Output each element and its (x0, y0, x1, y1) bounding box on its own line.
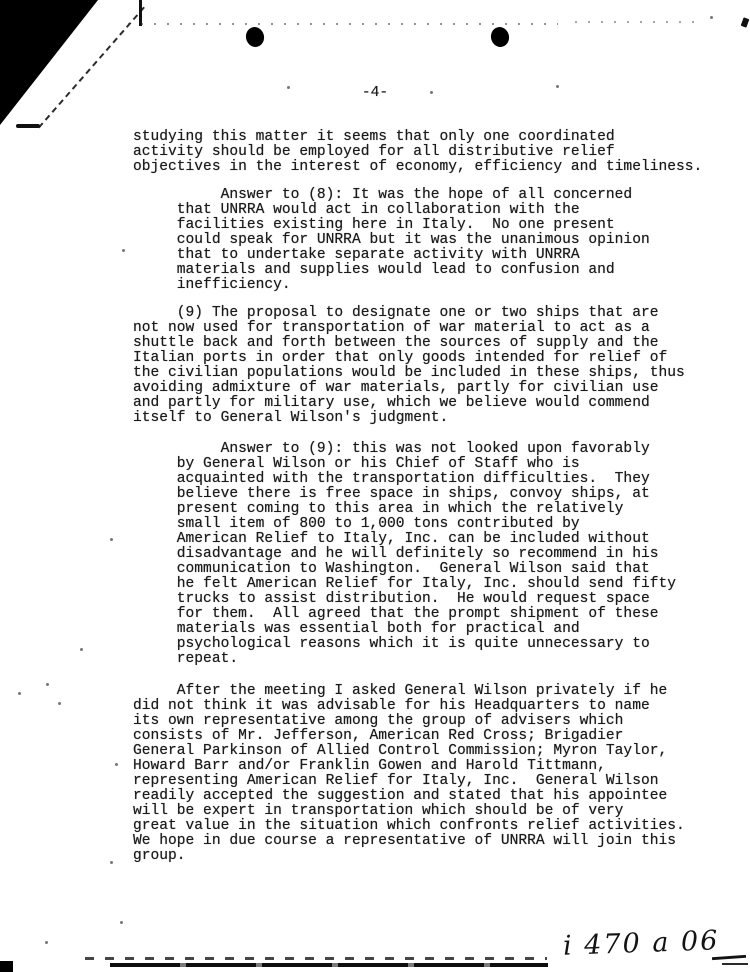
dust-speck (430, 91, 433, 94)
page-number: -4- (0, 85, 750, 101)
dust-speck (287, 86, 290, 89)
paragraph-after-meeting: After the meeting I asked General Wilson… (133, 684, 685, 864)
handwritten-dash (722, 963, 748, 965)
scan-edge-line (110, 963, 548, 967)
dust-speck (120, 921, 123, 924)
paragraph-answer-9: Answer to (9): this was not looked upon … (133, 442, 676, 667)
crease-bottom-mark (16, 124, 40, 128)
paragraph-proposal-9: (9) The proposal to designate one or two… (133, 306, 685, 426)
dust-speck (45, 941, 48, 944)
paragraph-continuation: studying this matter it seems that only … (133, 130, 702, 175)
punch-hole-mark (489, 25, 512, 49)
dust-speck (58, 702, 61, 705)
dust-speck (556, 85, 559, 88)
scan-edge-mark (741, 17, 750, 28)
handwritten-archive-number: i 470 a 06 (563, 925, 720, 961)
dust-speck (110, 861, 113, 864)
dust-speck (110, 538, 113, 541)
dust-speck (18, 692, 21, 695)
paragraph-answer-8: Answer to (8): It was the hope of all co… (133, 188, 650, 293)
scan-dust-line (575, 21, 695, 23)
scan-corner-fold (0, 0, 98, 125)
scanned-document-page: -4- studying this matter it seems that o… (0, 0, 750, 972)
dust-speck (122, 249, 125, 252)
punch-hole-mark (244, 25, 267, 49)
dust-speck (115, 763, 118, 766)
dust-speck (46, 683, 49, 686)
dust-speck (80, 648, 83, 651)
scan-corner-mark (0, 961, 13, 972)
dust-speck (710, 16, 713, 19)
scan-dust-line (128, 23, 558, 25)
scan-edge-dashes (85, 957, 547, 960)
